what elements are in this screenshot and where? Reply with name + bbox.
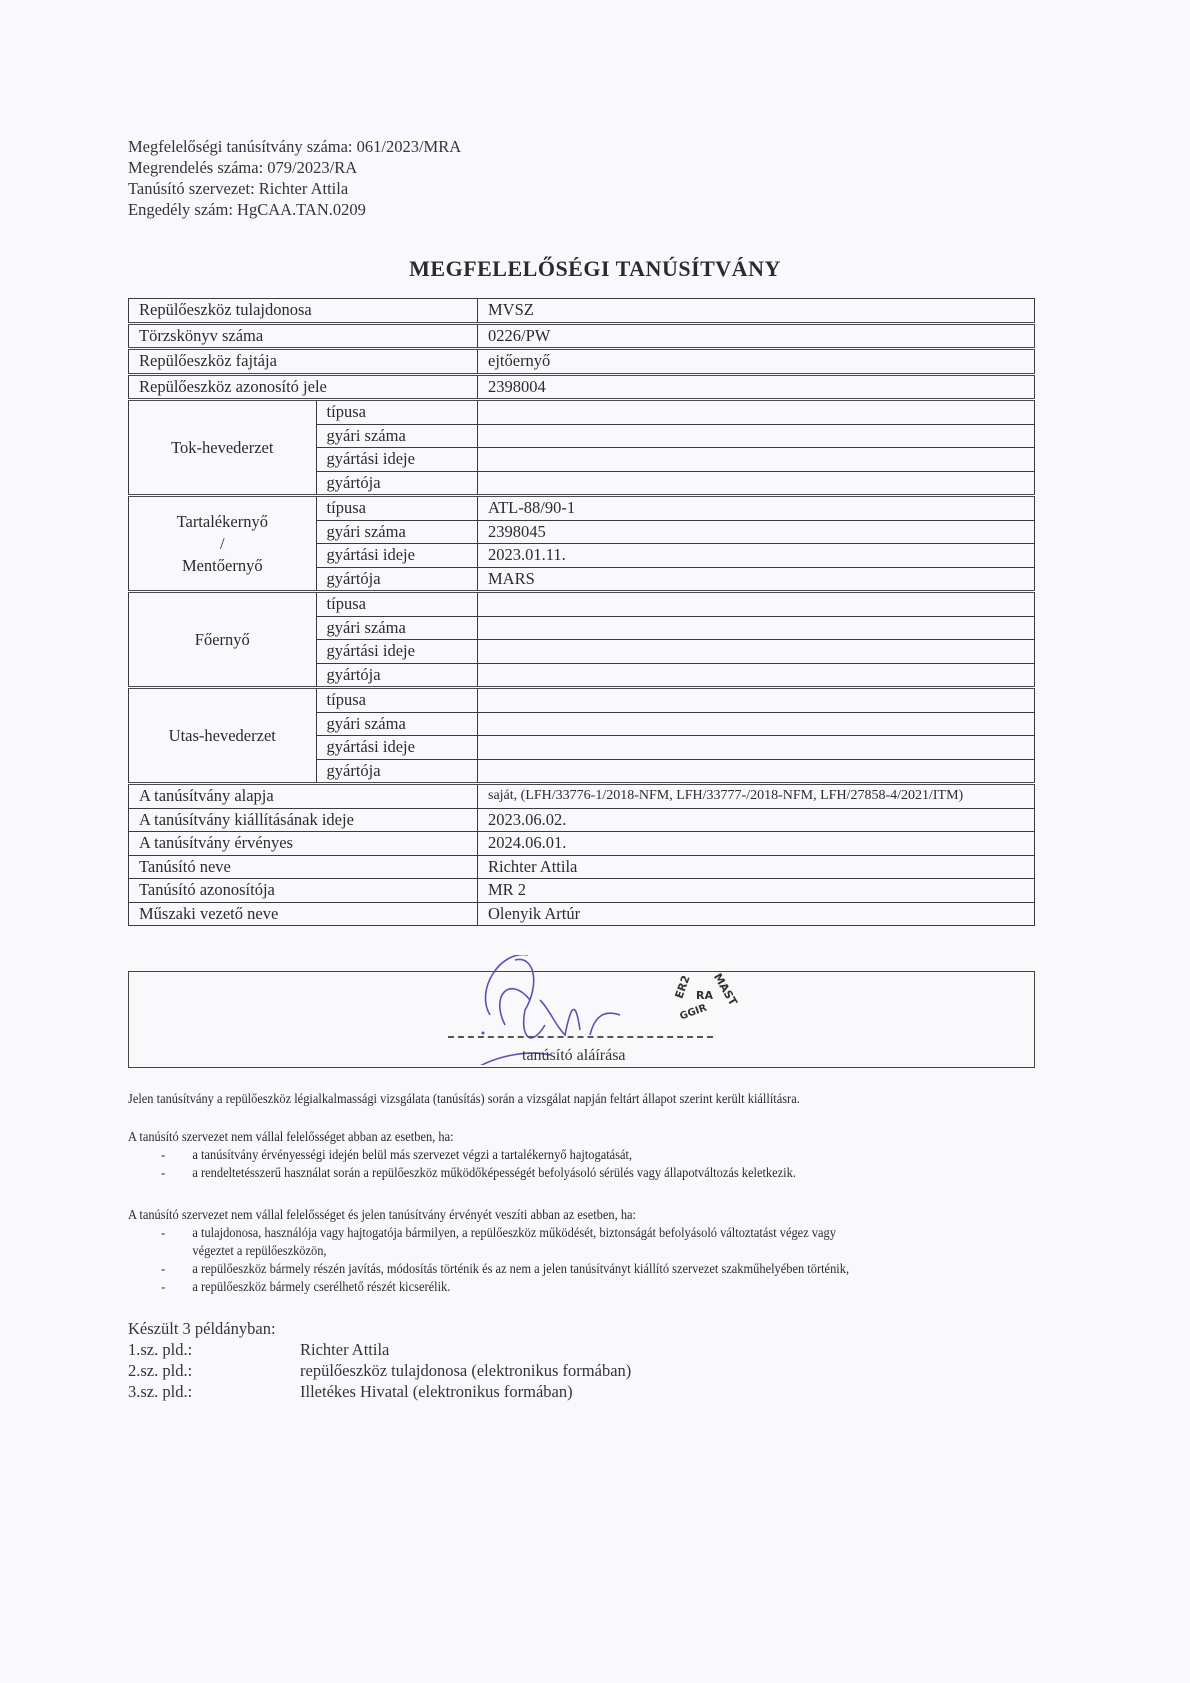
row-value: 0226/PW <box>478 323 1035 349</box>
sub-label: típusa <box>316 688 477 713</box>
sub-value <box>478 663 1035 688</box>
certificate-table: Repülőeszköz tulajdonosaMVSZTörzskönyv s… <box>128 298 1035 926</box>
list-item: -a tulajdonosa, használója vagy hajtogat… <box>128 1224 849 1242</box>
table-row: Törzskönyv száma0226/PW <box>129 323 1035 349</box>
row-label: Repülőeszköz azonosító jele <box>129 374 478 400</box>
sub-value <box>478 616 1035 640</box>
copies-section: Készült 3 példányban: 1.sz. pld.:Richter… <box>128 1318 631 1402</box>
table-row: A tanúsítvány kiállításának ideje2023.06… <box>129 808 1035 832</box>
row-label: A tanúsítvány érvényes <box>129 832 478 856</box>
sub-value <box>478 736 1035 760</box>
certificate-header: Megfelelőségi tanúsítvány száma: 061/202… <box>128 136 461 220</box>
stamp-icon: ER2 MAST RA GGIR <box>668 965 748 1025</box>
table-row: Főernyőtípusa <box>129 592 1035 617</box>
sub-value <box>478 712 1035 736</box>
sub-value: 2398045 <box>478 520 1035 544</box>
sub-value <box>478 471 1035 496</box>
row-label: Törzskönyv száma <box>129 323 478 349</box>
liability-section-1: A tanúsító szervezet nem vállal felelőss… <box>128 1128 796 1182</box>
copies-title: Készült 3 példányban: <box>128 1318 631 1339</box>
liability-title-2: A tanúsító szervezet nem vállal felelőss… <box>128 1206 849 1224</box>
row-value: Olenyik Artúr <box>478 902 1035 926</box>
copy-row: 2.sz. pld.:repülőeszköz tulajdonosa (ele… <box>128 1360 631 1381</box>
sub-label: gyári száma <box>316 712 477 736</box>
table-row: Repülőeszköz fajtájaejtőernyő <box>129 349 1035 375</box>
table-row: Repülőeszköz tulajdonosaMVSZ <box>129 299 1035 324</box>
sub-value <box>478 688 1035 713</box>
group-label: Utas-hevederzet <box>129 688 317 784</box>
sub-value <box>478 424 1035 448</box>
sub-label: gyári száma <box>316 520 477 544</box>
sub-label: gyártási ideje <box>316 736 477 760</box>
sub-value: MARS <box>478 567 1035 592</box>
sub-label: gyártója <box>316 663 477 688</box>
copy-row: 1.sz. pld.:Richter Attila <box>128 1339 631 1360</box>
svg-text:MAST: MAST <box>711 971 740 1008</box>
row-label: Repülőeszköz fajtája <box>129 349 478 375</box>
row-label: A tanúsítvány alapja <box>129 784 478 809</box>
list-item: -a repülőeszköz bármely részén javítás, … <box>128 1260 849 1278</box>
list-item: -a tanúsítvány érvényességi idején belül… <box>128 1146 796 1164</box>
sub-label: gyártási ideje <box>316 544 477 568</box>
table-row: Tanúsító neveRichter Attila <box>129 855 1035 879</box>
order-number: Megrendelés száma: 079/2023/RA <box>128 157 461 178</box>
list-item: -a rendeltetésszerű használat során a re… <box>128 1164 796 1182</box>
sub-label: típusa <box>316 496 477 521</box>
row-value: 2398004 <box>478 374 1035 400</box>
row-label: Műszaki vezető neve <box>129 902 478 926</box>
sub-label: típusa <box>316 592 477 617</box>
list-item: -a repülőeszköz bármely cserélhető részé… <box>128 1278 849 1296</box>
table-row: Utas-hevederzettípusa <box>129 688 1035 713</box>
row-value: 2024.06.01. <box>478 832 1035 856</box>
permit-number: Engedély szám: HgCAA.TAN.0209 <box>128 199 461 220</box>
sub-value <box>478 400 1035 425</box>
liability-title-1: A tanúsító szervezet nem vállal felelőss… <box>128 1128 796 1146</box>
intro-paragraph: Jelen tanúsítvány a repülőeszköz légialk… <box>128 1090 800 1108</box>
row-label: A tanúsítvány kiállításának ideje <box>129 808 478 832</box>
signature-label: tanúsító aláírása <box>522 1047 626 1065</box>
list-item-continuation: végeztet a repülőeszközön, <box>128 1242 849 1260</box>
sub-value: ATL-88/90-1 <box>478 496 1035 521</box>
group-label: Főernyő <box>129 592 317 688</box>
row-label: Tanúsító azonosítója <box>129 879 478 903</box>
svg-text:ER2: ER2 <box>672 974 692 1001</box>
signature-line <box>448 1036 713 1038</box>
sub-label: gyártója <box>316 759 477 784</box>
row-label: Repülőeszköz tulajdonosa <box>129 299 478 324</box>
liability-section-2: A tanúsító szervezet nem vállal felelőss… <box>128 1206 849 1296</box>
sub-label: gyártója <box>316 471 477 496</box>
sub-value <box>478 759 1035 784</box>
document-title: MEGFELELŐSÉGI TANÚSÍTVÁNY <box>0 256 1190 282</box>
sub-label: gyártási ideje <box>316 448 477 472</box>
sub-label: gyári száma <box>316 616 477 640</box>
row-value: 2023.06.02. <box>478 808 1035 832</box>
table-row: Tanúsító azonosítójaMR 2 <box>129 879 1035 903</box>
row-value: MVSZ <box>478 299 1035 324</box>
row-value: Richter Attila <box>478 855 1035 879</box>
sub-label: gyártója <box>316 567 477 592</box>
table-row: A tanúsítvány érvényes2024.06.01. <box>129 832 1035 856</box>
sub-value: 2023.01.11. <box>478 544 1035 568</box>
sub-label: gyári száma <box>316 424 477 448</box>
table-row: A tanúsítvány alapjasaját, (LFH/33776-1/… <box>129 784 1035 809</box>
svg-text:RA: RA <box>696 989 713 1002</box>
row-label: Tanúsító neve <box>129 855 478 879</box>
sub-value <box>478 448 1035 472</box>
sub-value <box>478 592 1035 617</box>
table-row: Műszaki vezető neveOlenyik Artúr <box>129 902 1035 926</box>
sub-label: típusa <box>316 400 477 425</box>
table-row: Tok-hevederzettípusa <box>129 400 1035 425</box>
svg-text:GGIR: GGIR <box>678 1002 708 1022</box>
sub-label: gyártási ideje <box>316 640 477 664</box>
table-row: Repülőeszköz azonosító jele2398004 <box>129 374 1035 400</box>
row-value: saját, (LFH/33776-1/2018-NFM, LFH/33777-… <box>478 784 1035 809</box>
sub-value <box>478 640 1035 664</box>
table-row: Tartalékernyő/MentőernyőtípusaATL-88/90-… <box>129 496 1035 521</box>
certificate-number: Megfelelőségi tanúsítvány száma: 061/202… <box>128 136 461 157</box>
certifying-organization: Tanúsító szervezet: Richter Attila <box>128 178 461 199</box>
row-value: ejtőernyő <box>478 349 1035 375</box>
row-value: MR 2 <box>478 879 1035 903</box>
group-label: Tok-hevederzet <box>129 400 317 496</box>
group-label: Tartalékernyő/Mentőernyő <box>129 496 317 592</box>
copy-row: 3.sz. pld.:Illetékes Hivatal (elektronik… <box>128 1381 631 1402</box>
